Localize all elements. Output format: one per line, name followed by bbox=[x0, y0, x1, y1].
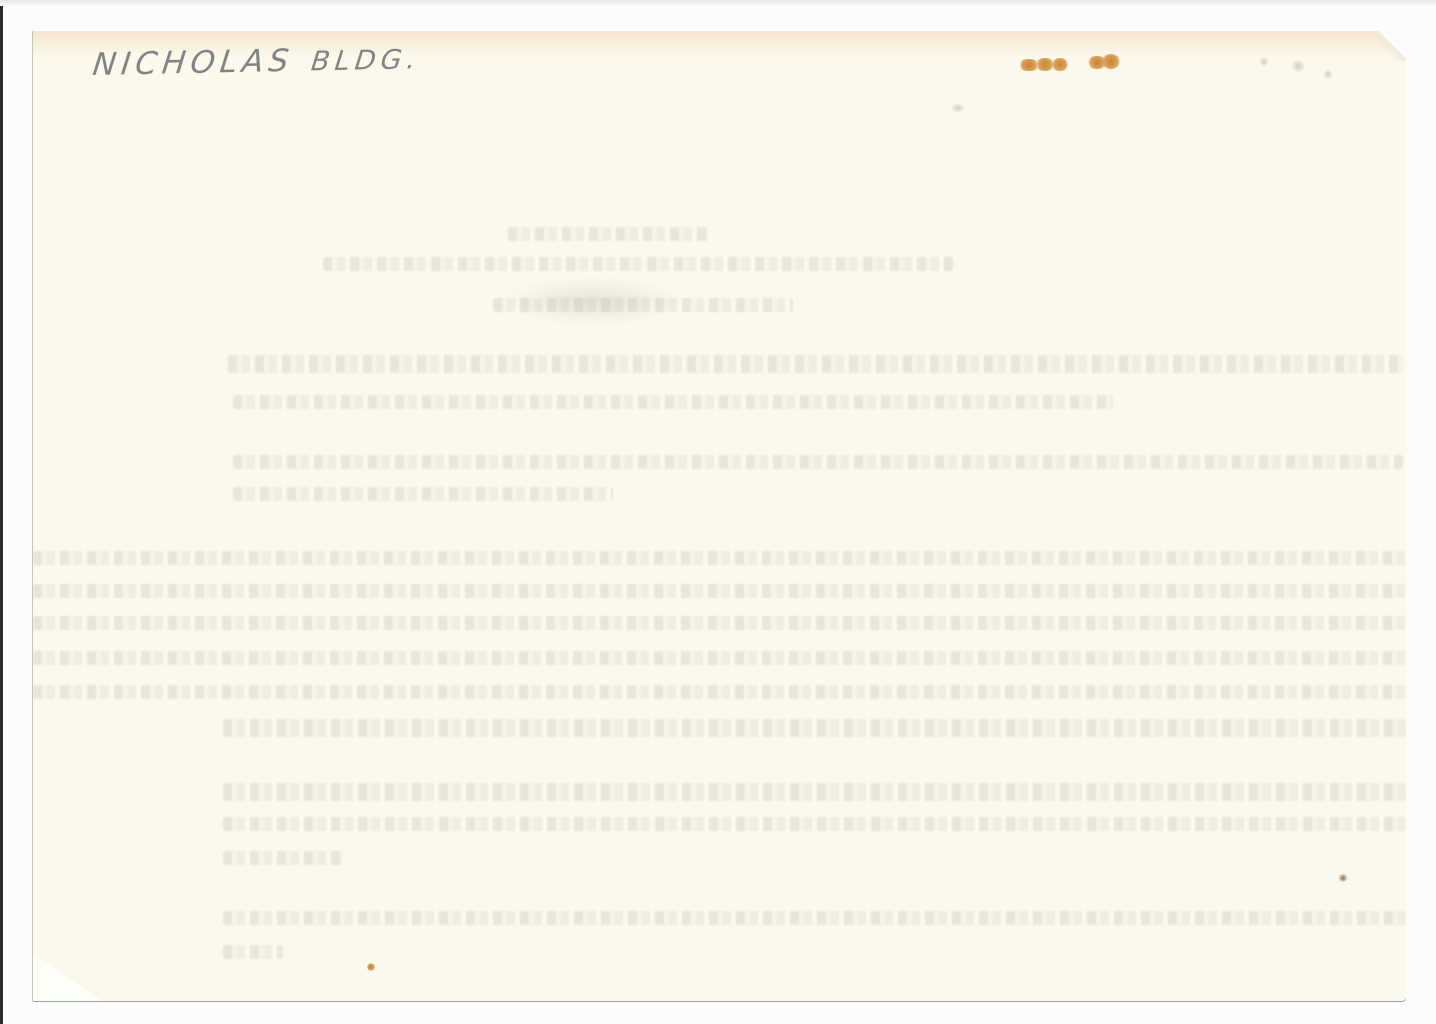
bleed-through-line bbox=[223, 783, 1406, 801]
handwritten-note: NICHOLASBLDG. bbox=[91, 40, 423, 83]
bleed-through-line bbox=[223, 911, 1406, 925]
bleed-through-line bbox=[223, 817, 1406, 831]
photo-card-back: NICHOLASBLDG. bbox=[33, 31, 1406, 1001]
rust-spot bbox=[367, 963, 375, 971]
bleed-through-line bbox=[223, 851, 343, 865]
bleed-through-line bbox=[233, 455, 1403, 469]
bleed-through-line bbox=[493, 298, 793, 312]
scan-top-strip bbox=[0, 0, 1436, 6]
handwritten-word-nicholas: NICHOLAS bbox=[91, 43, 296, 83]
bleed-through-line bbox=[33, 651, 1406, 665]
pin-dimple bbox=[1259, 57, 1269, 67]
scan-edge-shadow bbox=[0, 0, 3, 1024]
pin-dimple bbox=[1291, 59, 1305, 73]
bleed-through-line bbox=[508, 227, 708, 241]
bleed-through-line bbox=[228, 355, 1403, 373]
bleed-through-line bbox=[33, 584, 1406, 598]
rust-stain bbox=[1101, 54, 1121, 69]
handwritten-word-bldg: BLDG. bbox=[309, 44, 422, 77]
bleed-through-line bbox=[223, 719, 1406, 737]
pin-dimple bbox=[1323, 69, 1333, 79]
bleed-through-line bbox=[233, 395, 1113, 409]
corner-fold bbox=[1376, 31, 1406, 61]
bleed-through-line bbox=[323, 257, 953, 271]
rust-spot bbox=[1338, 874, 1348, 882]
pin-dimple bbox=[951, 103, 965, 113]
bleed-through-line bbox=[33, 616, 1406, 630]
bleed-through-line bbox=[33, 685, 1406, 699]
bleed-through-line bbox=[33, 551, 1406, 565]
bleed-through-line bbox=[233, 487, 613, 501]
rust-stain bbox=[1051, 58, 1069, 71]
bleed-through-line bbox=[223, 945, 283, 959]
